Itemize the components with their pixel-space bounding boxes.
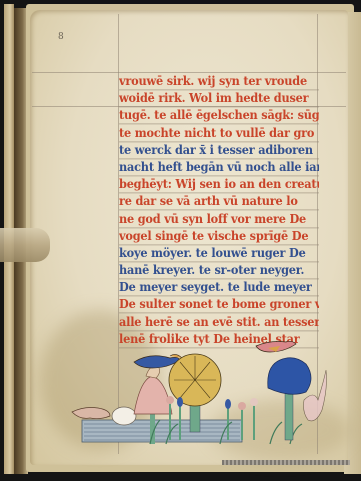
text-line: re dar se vā arth vū nature lo — [119, 193, 319, 211]
hare-icon — [112, 407, 136, 425]
text-line: beghēyt: Wij sen io an den creatu — [119, 176, 319, 194]
folio-number: 8 — [58, 32, 64, 42]
text-line: vogel singē te vische sprīgē De — [119, 227, 319, 245]
text-line: tugē. te allē ēgelschen sāgk: sūgē. — [119, 107, 319, 125]
text-line: vrouwē sirk. wij syn ter vroude — [119, 73, 319, 91]
text-line: te mochte nicht to vullē dar gro — [119, 124, 319, 142]
pink-tree-icon — [134, 376, 172, 414]
text-line: te werck dar x̄ i tesser adiboren — [119, 141, 319, 159]
marginal-illumination — [70, 340, 330, 450]
text-line: hanē kreyer. te sr-oter neyger. — [119, 262, 319, 280]
blue-tree-icon — [268, 358, 311, 395]
text-line: nacht heft begān vū noch alle iar — [119, 159, 319, 177]
text-line: ne god vū syn loff vor mere De — [119, 210, 319, 228]
manuscript-photo: 8 vrouwē sirk. wij syn ter vroude woidē … — [0, 0, 361, 481]
text-line: De sulter sonet te bome groner vū — [119, 296, 319, 314]
text-block: vrouwē sirk. wij syn ter vroude woidē ri… — [119, 73, 319, 348]
text-line: koye möyer. te louwē ruger De — [119, 244, 319, 262]
text-line: alle herē se an evē stit. an tesser — [119, 313, 319, 331]
text-line: woidē rirk. Wol im hedte duser — [119, 90, 319, 108]
color-scale-bar — [222, 460, 350, 465]
book-clasp — [0, 228, 50, 262]
dog-icon — [72, 408, 110, 419]
water-icon — [82, 420, 242, 442]
text-line: De meyer seyget. te lude meyer — [119, 279, 319, 297]
